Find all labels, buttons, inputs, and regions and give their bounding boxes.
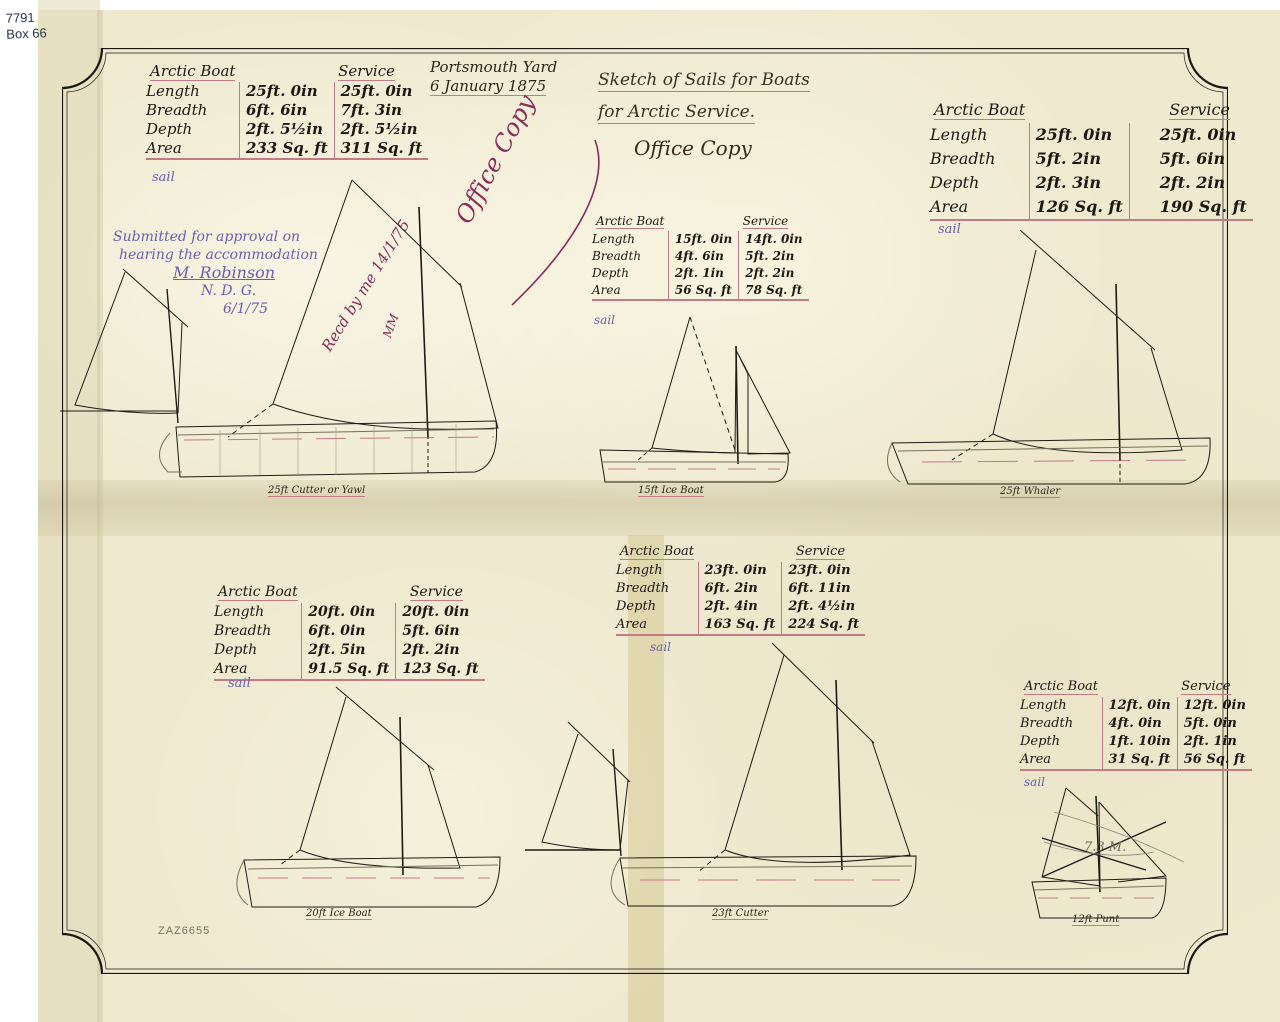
archive-box: Box 66: [6, 25, 47, 42]
label-depth: Depth: [214, 641, 302, 660]
label-breadth: Breadth: [146, 101, 239, 120]
spec-table-whaler: Arctic BoatService Length25ft. 0in25ft. …: [930, 98, 1253, 221]
label-length: Length: [214, 603, 302, 622]
reference-number: ZAZ6655: [158, 925, 210, 937]
header-arctic: Arctic Boat: [1024, 679, 1098, 695]
label-length: Length: [930, 123, 1029, 147]
header-arctic: Arctic Boat: [218, 584, 298, 601]
service-area: 56 Sq. ft: [1177, 751, 1252, 770]
service-depth: 2ft. 5½in: [334, 120, 428, 139]
label-length: Length: [146, 82, 239, 101]
label-area: Area: [616, 616, 698, 635]
punt-crossout-note: 7.3 M.: [1084, 840, 1126, 855]
header-service: Service: [1181, 679, 1230, 695]
label-depth: Depth: [1020, 733, 1102, 751]
spec-table-20ft-ice-boat: Arctic BoatService Length20ft. 0in20ft. …: [214, 583, 485, 681]
service-breadth: 5ft. 2in: [739, 248, 809, 265]
arctic-area: 163 Sq. ft: [698, 616, 782, 635]
arctic-breadth: 5ft. 2in: [1029, 147, 1129, 171]
label-breadth: Breadth: [616, 580, 698, 598]
caption-12ft-punt: 12ft Punt: [1072, 914, 1119, 926]
arctic-area: 31 Sq. ft: [1102, 751, 1177, 770]
arctic-area: 126 Sq. ft: [1029, 195, 1129, 220]
spec-table-23ft-cutter: Arctic BoatService Length23ft. 0in23ft. …: [616, 543, 865, 636]
header-service: Service: [410, 584, 463, 601]
arctic-length: 25ft. 0in: [1029, 123, 1129, 147]
service-area: 190 Sq. ft: [1129, 195, 1253, 220]
caption-whaler: 25ft Whaler: [1000, 486, 1060, 498]
sail-note: sail: [938, 222, 961, 237]
boat-drawing-cutter-yawl: [60, 175, 510, 480]
service-length: 12ft. 0in: [1177, 697, 1252, 715]
title-line-2: for Arctic Service.: [598, 102, 755, 124]
service-depth: 2ft. 2in: [739, 265, 809, 282]
service-area: 311 Sq. ft: [334, 139, 428, 159]
arctic-depth: 2ft. 1in: [668, 265, 738, 282]
label-depth: Depth: [930, 171, 1029, 195]
arctic-breadth: 4ft. 6in: [668, 248, 738, 265]
service-area: 78 Sq. ft: [739, 282, 809, 300]
header-arctic: Arctic Boat: [150, 62, 235, 81]
header-arctic: Arctic Boat: [596, 214, 664, 229]
service-length: 23ft. 0in: [782, 562, 865, 580]
arctic-depth: 1ft. 10in: [1102, 733, 1177, 751]
arctic-breadth: 6ft. 2in: [698, 580, 782, 598]
arctic-depth: 2ft. 4in: [698, 598, 782, 616]
service-length: 20ft. 0in: [396, 603, 485, 622]
label-depth: Depth: [146, 120, 239, 139]
label-length: Length: [1020, 697, 1102, 715]
arctic-length: 25ft. 0in: [239, 82, 334, 101]
yard-name: Portsmouth Yard: [430, 58, 557, 76]
boat-drawing-20ft-ice-boat: [228, 685, 518, 910]
arctic-area: 233 Sq. ft: [239, 139, 334, 159]
boat-drawing-23ft-cutter: [520, 640, 920, 910]
service-length: 14ft. 0in: [739, 231, 809, 248]
caption-23ft-cutter: 23ft Cutter: [712, 908, 768, 920]
arctic-depth: 2ft. 3in: [1029, 171, 1129, 195]
label-length: Length: [616, 562, 698, 580]
arctic-breadth: 6ft. 6in: [239, 101, 334, 120]
service-length: 25ft. 0in: [334, 82, 428, 101]
office-copy-label: Office Copy: [634, 136, 810, 160]
label-area: Area: [930, 195, 1029, 220]
label-breadth: Breadth: [592, 248, 668, 265]
label-length: Length: [592, 231, 668, 248]
caption-cutter-yawl: 25ft Cutter or Yawl: [268, 485, 365, 497]
service-depth: 2ft. 2in: [396, 641, 485, 660]
yard-date-block: Portsmouth Yard 6 January 1875: [430, 58, 557, 96]
archive-number: 7791: [5, 9, 46, 26]
arctic-depth: 2ft. 5½in: [239, 120, 334, 139]
service-breadth: 5ft. 6in: [1129, 147, 1253, 171]
service-depth: 2ft. 4½in: [782, 598, 865, 616]
title-line-1: Sketch of Sails for Boats: [598, 70, 810, 92]
caption-20ft-ice-boat: 20ft Ice Boat: [306, 908, 372, 920]
service-depth: 2ft. 1in: [1177, 733, 1252, 751]
drawing-date: 6 January 1875: [430, 77, 546, 96]
arctic-length: 20ft. 0in: [302, 603, 396, 622]
spec-table-cutter-yawl: Arctic BoatService Length25ft. 0in25ft. …: [146, 62, 428, 160]
label-area: Area: [146, 139, 239, 159]
archive-note: 7791 Box 66: [5, 9, 47, 42]
service-breadth: 7ft. 3in: [334, 101, 428, 120]
title-block: Sketch of Sails for Boats for Arctic Ser…: [598, 70, 810, 160]
arctic-depth: 2ft. 5in: [302, 641, 396, 660]
label-depth: Depth: [616, 598, 698, 616]
label-breadth: Breadth: [214, 622, 302, 641]
label-area: Area: [1020, 751, 1102, 770]
label-depth: Depth: [592, 265, 668, 282]
header-arctic: Arctic Boat: [934, 100, 1025, 120]
arctic-breadth: 6ft. 0in: [302, 622, 396, 641]
arctic-length: 12ft. 0in: [1102, 697, 1177, 715]
arctic-length: 23ft. 0in: [698, 562, 782, 580]
boat-drawing-15ft-ice-boat: [590, 312, 800, 482]
header-service: Service: [743, 214, 789, 229]
service-depth: 2ft. 2in: [1129, 171, 1253, 195]
service-length: 25ft. 0in: [1129, 123, 1253, 147]
spec-table-12ft-punt: Arctic BoatService Length12ft. 0in12ft. …: [1020, 678, 1252, 771]
label-breadth: Breadth: [930, 147, 1029, 171]
arctic-area: 56 Sq. ft: [668, 282, 738, 300]
spec-table-15ft-ice-boat: Arctic BoatService Length15ft. 0in14ft. …: [592, 213, 809, 301]
boat-drawing-whaler: [880, 238, 1220, 483]
service-breadth: 6ft. 11in: [782, 580, 865, 598]
header-service: Service: [1169, 100, 1230, 120]
label-area: Area: [592, 282, 668, 300]
service-area: 123 Sq. ft: [396, 660, 485, 680]
service-breadth: 5ft. 0in: [1177, 715, 1252, 733]
caption-15ft-ice-boat: 15ft Ice Boat: [638, 485, 704, 497]
service-area: 224 Sq. ft: [782, 616, 865, 635]
header-arctic: Arctic Boat: [620, 544, 694, 560]
label-breadth: Breadth: [1020, 715, 1102, 733]
arctic-area: 91.5 Sq. ft: [302, 660, 396, 680]
header-service: Service: [338, 62, 395, 81]
arctic-length: 15ft. 0in: [668, 231, 738, 248]
header-service: Service: [796, 544, 845, 560]
service-breadth: 5ft. 6in: [396, 622, 485, 641]
arctic-breadth: 4ft. 0in: [1102, 715, 1177, 733]
